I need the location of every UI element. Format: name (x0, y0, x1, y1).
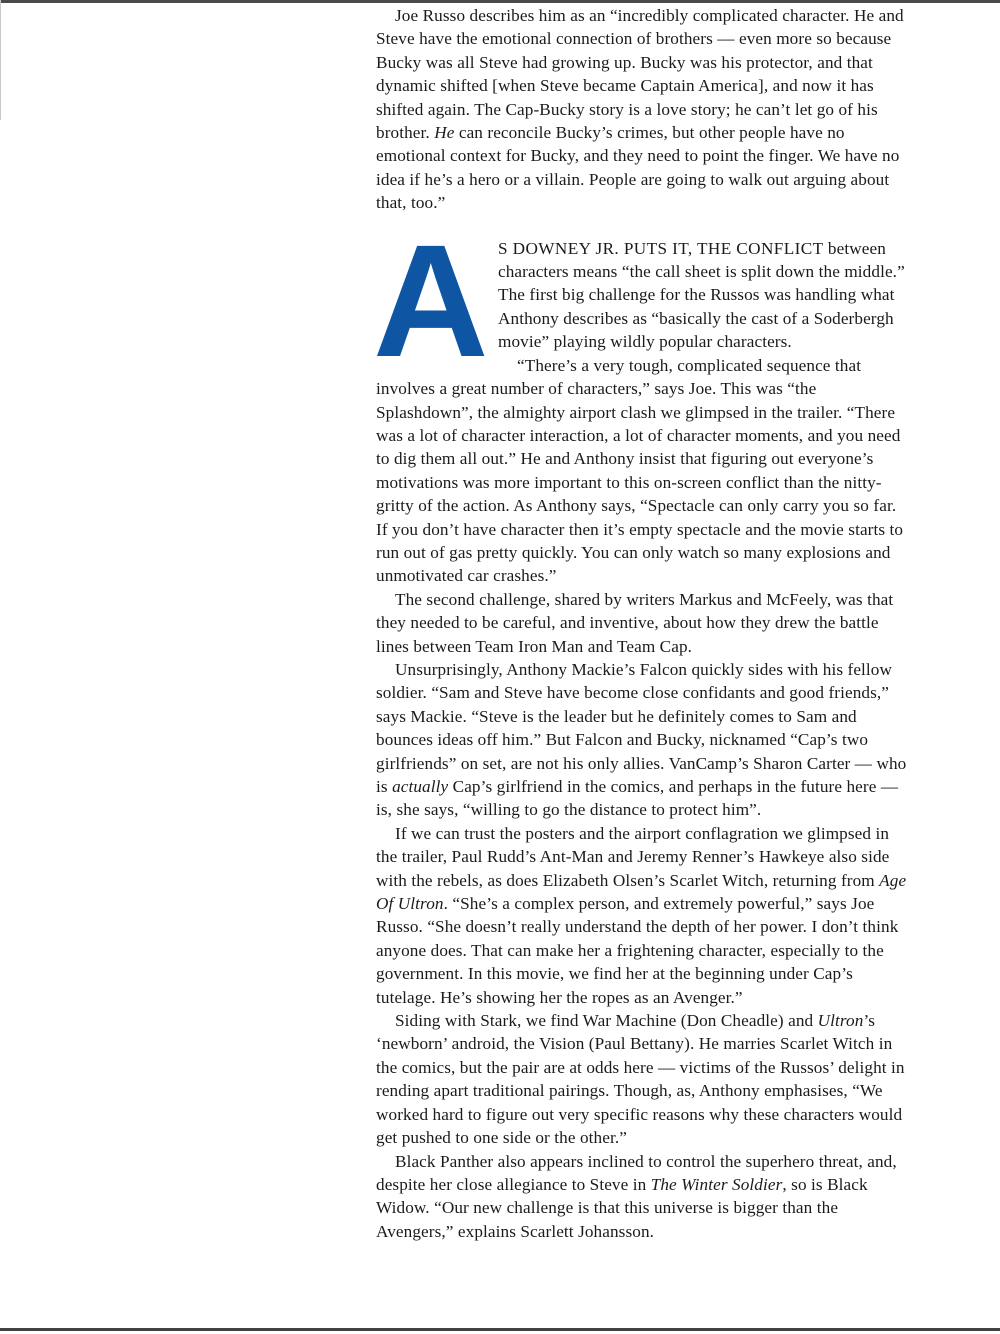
page-left-edge (0, 0, 1, 120)
text-run: “There’s a very tough, complicated seque… (376, 356, 903, 586)
top-rule (0, 0, 1000, 3)
text-run: . “She’s a complex person, and extremely… (376, 894, 898, 1007)
bottom-rule (0, 1328, 1000, 1331)
body-paragraph: The second challenge, shared by writers … (376, 588, 908, 658)
magazine-page: Joe Russo describes him as an “incredibl… (0, 0, 1000, 1334)
body-paragraph: Siding with Stark, we find War Machine (… (376, 1009, 908, 1149)
italic-text-run: The Winter Soldier (651, 1175, 783, 1194)
body-paragraph: Joe Russo describes him as an “incredibl… (376, 4, 908, 215)
body-paragraph: Unsurprisingly, Anthony Mackie’s Falcon … (376, 658, 908, 822)
text-run: Cap’s girlfriend in the comics, and perh… (376, 777, 898, 819)
body-paragraph: Black Panther also appears inclined to c… (376, 1150, 908, 1244)
text-run: ’s ‘newborn’ android, the Vision (Paul B… (376, 1011, 905, 1147)
dropcap-letter: A (376, 240, 489, 357)
text-run: Siding with Stark, we find War Machine (… (395, 1011, 818, 1030)
text-run: The second challenge, shared by writers … (376, 590, 893, 656)
lead-caps-run: S DOWNEY JR. PUTS IT, THE CONFLICT (498, 239, 828, 258)
text-run: can reconcile Bucky’s crimes, but other … (376, 123, 899, 212)
article-text-column: Joe Russo describes him as an “incredibl… (376, 4, 908, 1328)
body-paragraph: If we can trust the posters and the airp… (376, 822, 908, 1009)
text-run: Unsurprisingly, Anthony Mackie’s Falcon … (376, 660, 906, 796)
italic-text-run: He (434, 123, 454, 142)
text-run: Joe Russo describes him as an “incredibl… (376, 6, 904, 142)
italic-text-run: actually (392, 777, 448, 796)
text-run: If we can trust the posters and the airp… (376, 824, 889, 890)
dropcap-paragraph: AS DOWNEY JR. PUTS IT, THE CONFLICT betw… (376, 237, 908, 354)
italic-text-run: Ultron (818, 1011, 864, 1030)
